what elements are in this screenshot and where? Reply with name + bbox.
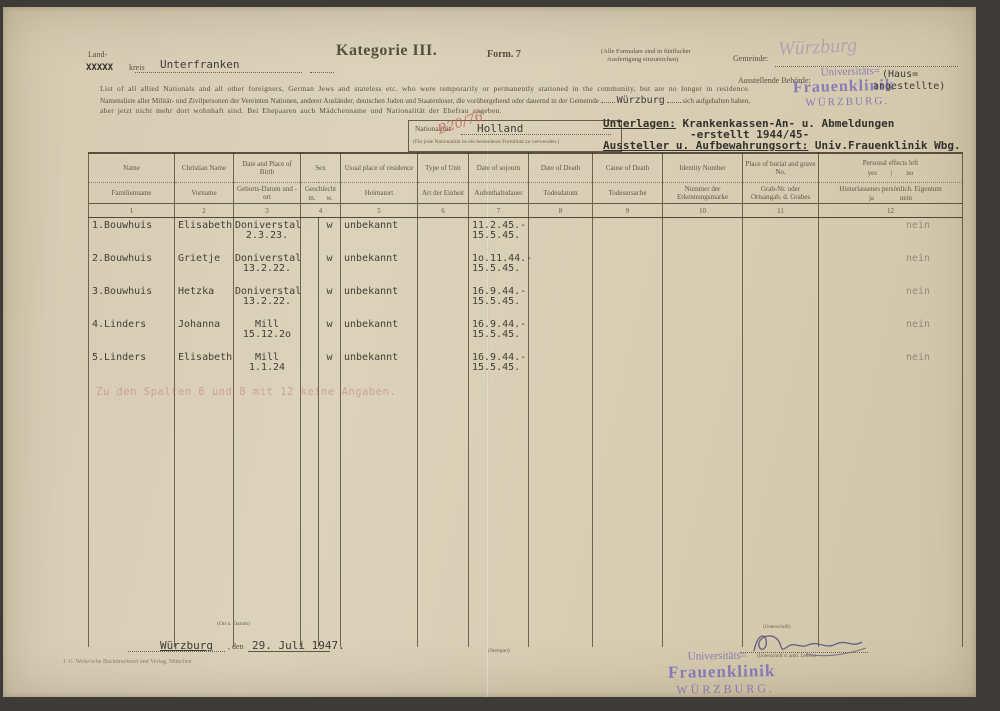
cell-effects: nein [819, 218, 963, 252]
haus-typed-line1: (Haus= [882, 69, 918, 80]
effects-ja-label: ja [869, 194, 874, 202]
cell-name: 1.Bouwhuis [89, 218, 175, 252]
cell-name: 4.Linders [89, 317, 175, 350]
col-header-identity-en: Identity Number [663, 153, 743, 183]
cell-sojourn: 16.9.44.- 15.5.45. [469, 284, 529, 317]
cell-effects: nein [819, 251, 963, 284]
cell-effects: nein [819, 317, 963, 350]
form-number: Form. 7 [487, 49, 521, 60]
footer-stamp-line3: WÜRZBURG. [668, 681, 776, 698]
scanned-form: Kategorie III. Form. 7 (Alle Formulare s… [0, 0, 1000, 711]
table-row: 5.Linders Elisabeth Mill 1.1.24 w unbeka… [89, 350, 963, 383]
col-header-identity-de: Nummer der Erkennungsmarke [663, 183, 743, 204]
cell-sojourn: 1o.11.44.- 15.5.45. [469, 251, 529, 284]
nationality-value: Holland [477, 122, 523, 135]
cell-effects: nein [819, 284, 963, 317]
cell-vorname: Elisabeth [175, 218, 234, 252]
cell-sojourn: 11.2.45.- 15.5.45. [469, 218, 529, 252]
col-header-burial-de: Grab-Nr. oder Ortsangab. d. Grabes [743, 183, 819, 204]
col-header-sojourn-de: Aufenthaltsdauer [469, 183, 529, 204]
col-header-name-de: Familienname [89, 183, 175, 204]
aussteller-label: Aussteller u. Aufbewahrungsort: [603, 139, 808, 152]
sex-m-label: m. [308, 194, 315, 202]
cell-sex: w [319, 317, 341, 350]
intro-line-de2: aber jetzt nicht mehr dort wohnhaft sind… [100, 106, 502, 115]
cell-residence: unbekannt [341, 350, 418, 383]
intro-de-part1: Namensliste aller Militär- und Zivilpers… [100, 97, 599, 105]
cell-birth: Mill 15.12.2o [234, 317, 301, 350]
stempel-label: (Stempel) [488, 648, 510, 654]
col-header-death-cause-en: Cause of Death [593, 153, 663, 183]
table-row: 2.Bouwhuis Grietje Doniverstal 13.2.22. … [89, 251, 963, 284]
cell-residence: unbekannt [341, 317, 418, 350]
col-header-death-date-en: Date of Death [529, 153, 593, 183]
col-header-effects-de: Hinterlassenes persönlich. Eigentum ja n… [819, 183, 963, 204]
cell-name: 2.Bouwhuis [89, 251, 175, 284]
col-header-sex-de: Geschlecht m. w. [301, 183, 341, 204]
header-row-english: Name Christian Name Date and Place of Bi… [89, 153, 963, 183]
sex-w-label: w. [326, 194, 332, 202]
col-header-residence-de: Heimatort [341, 183, 418, 204]
cell-vorname: Hetzka [175, 284, 234, 317]
col-header-burial-en: Place of burial and grave No. [743, 153, 819, 183]
cell-birth: Doniverstal 13.2.22. [234, 251, 301, 284]
form-category-title: Kategorie III. [336, 42, 437, 60]
empty-ruled-area [89, 383, 963, 647]
footer-ort: Würzburg [160, 639, 213, 652]
table-row: 3.Bouwhuis Hetzka Doniverstal 13.2.22. w… [89, 284, 963, 317]
cell-sojourn: 16.9.44.- 15.5.45. [469, 350, 529, 383]
faint-note: Zu den Spalten 6 und 8 mit 12 keine Anga… [96, 386, 396, 398]
cell-birth: Doniverstal 13.2.22. [234, 284, 301, 317]
cell-sex: w [319, 350, 341, 383]
footer-datum: 29. Juli 1947. [252, 639, 345, 652]
cell-residence: unbekannt [341, 284, 418, 317]
col-header-residence-en: Usual place of residence [341, 153, 418, 183]
unterlagen-line3: Aussteller u. Aufbewahrungsort: Univ.Fra… [603, 139, 961, 152]
intro-de-part2: sich aufgehalten haben, [682, 97, 750, 105]
table-row: 4.Linders Johanna Mill 15.12.2o w unbeka… [89, 317, 963, 350]
col-header-vorname-de: Vorname [175, 183, 234, 204]
aussteller-value: Univ.Frauenklinik Wbg. [808, 139, 960, 152]
col-header-birth-en: Date and Place of Birth [234, 153, 301, 183]
cell-birth: Mill 1.1.24 [234, 350, 301, 383]
unterlagen-label: Unterlagen: [603, 117, 676, 130]
landkreis-label-top: Land- [88, 50, 107, 59]
col-header-sex-en: Sex [301, 153, 341, 183]
header-row-numbers: 1 2 3 4 5 6 7 8 9 10 11 12 [89, 204, 963, 218]
cell-vorname: Elisabeth [175, 350, 234, 383]
footer-stamp-line2: Frauenklinik [668, 661, 776, 683]
cell-residence: unbekannt [341, 251, 418, 284]
stadt-struck-out: XXXXX [86, 63, 113, 73]
nationality-note: (Für jede Nationalität ist ein besondere… [413, 139, 559, 145]
gemeinde-stamp: Würzburg [777, 34, 857, 61]
intro-line-de: Namensliste aller Militär- und Zivilpers… [100, 95, 962, 106]
cell-sex: w [319, 284, 341, 317]
cell-birth: Doniverstal 2.3.23. [234, 218, 301, 252]
cell-name: 5.Linders [89, 350, 175, 383]
table-row: 1.Bouwhuis Elisabeth Doniverstal 2.3.23.… [89, 218, 963, 252]
landkreis-value: Unterfranken [160, 58, 239, 71]
col-header-effects-en: Personal effects left yes | no [819, 153, 963, 183]
col-header-sojourn-en: Date of sojourn [469, 153, 529, 183]
col-header-name-en: Name [89, 153, 175, 183]
effects-no-label: no [906, 169, 913, 177]
effects-divider: | [891, 169, 892, 177]
cell-vorname: Johanna [175, 317, 234, 350]
header-row-german: Familienname Vorname Geburts-Datum und -… [89, 183, 963, 204]
effects-yes-label: yes [868, 169, 877, 177]
effects-nein-label: nein [900, 194, 912, 202]
footer-stamp: Universitäts= Frauenklinik WÜRZBURG. [668, 649, 776, 698]
cell-vorname: Grietje [175, 251, 234, 284]
intro-line-en: List of all allied Nationals and all oth… [100, 84, 910, 93]
persons-table: Name Christian Name Date and Place of Bi… [88, 152, 963, 647]
copies-note: (Alle Formulare sind in fünffacher Ausfe… [601, 48, 691, 63]
col-header-birth-de: Geburts-Datum und -ort [234, 183, 301, 204]
col-header-death-cause-de: Todesursache [593, 183, 663, 204]
printer-credit: J. G. Weiss'sche Buchdruckerei und Verla… [63, 659, 192, 665]
landkreis-fill-line2 [310, 60, 334, 73]
cell-effects: nein [819, 350, 963, 383]
cell-sex: w [319, 218, 341, 252]
col-header-vorname-en: Christian Name [175, 153, 234, 183]
gemeinde-label: Gemeinde: [733, 54, 768, 63]
col-header-death-date-de: Todesdatum [529, 183, 593, 204]
cell-name: 3.Bouwhuis [89, 284, 175, 317]
cell-sojourn: 16.9.44.- 15.5.45. [469, 317, 529, 350]
col-header-unit-en: Type of Unit [418, 153, 469, 183]
ort-datum-label: (Ort u. Datum) [217, 621, 250, 627]
cell-residence: unbekannt [341, 218, 418, 252]
col-header-unit-de: Art der Einheit [418, 183, 469, 204]
intro-de-gemeinde-fill: Würzburg [617, 95, 665, 106]
footer-den-label: , den [228, 642, 244, 651]
cell-sex: w [319, 251, 341, 284]
